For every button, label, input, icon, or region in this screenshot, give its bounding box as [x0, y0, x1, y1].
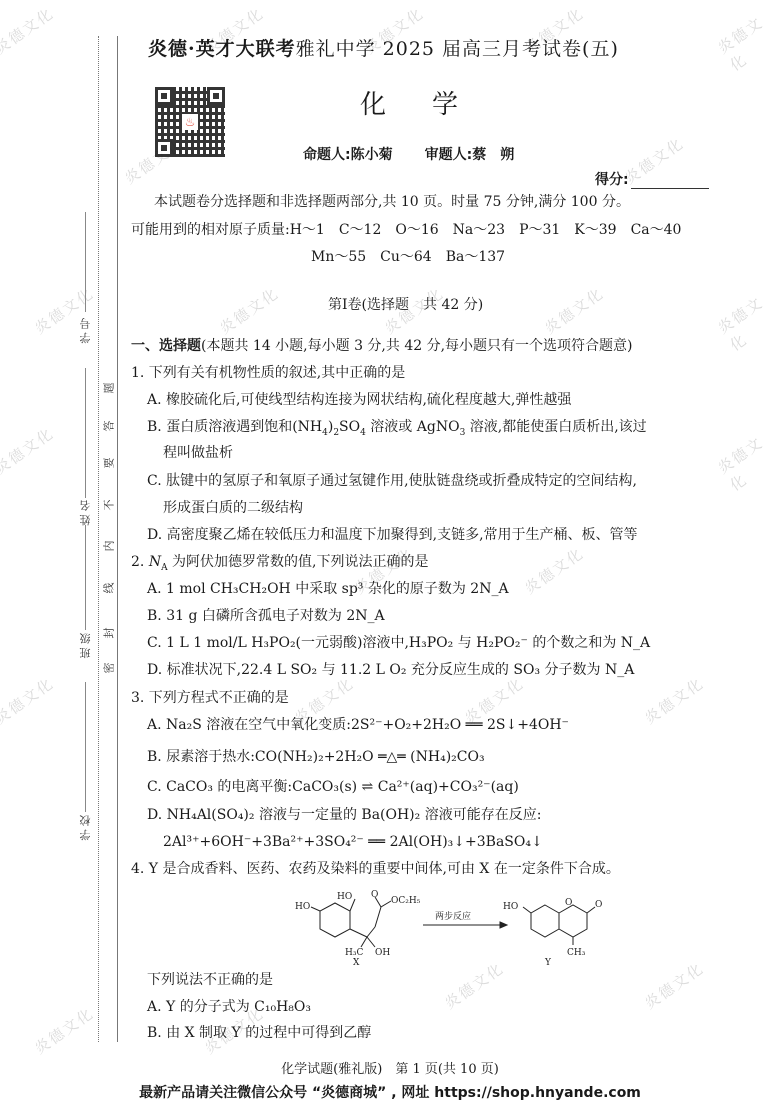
- authors-line: 命题人:陈小菊审题人:蔡 朔: [303, 144, 514, 164]
- q1-b-text: B. 蛋白质溶液遇到饱和(NH: [147, 419, 322, 435]
- q1-option-a: A. 橡胶硫化后,可使线型结构连接为网状结构,硫化程度越大,弹性越强: [147, 391, 571, 409]
- footer-advertisement[interactable]: 最新产品请关注微信公众号 “炎德商城” , 网址 https://shop.hn…: [0, 1082, 780, 1102]
- q1-option-b-cont: 程叫做盐析: [163, 444, 233, 462]
- seal-text-char: 封: [101, 628, 117, 639]
- qr-finder-icon: [155, 139, 173, 157]
- reaction-scheme-diagram: HO HO O OC₂H₅ H₃C OH X 两步反应 HO O O CH₃ Y: [295, 885, 625, 965]
- name-field-line[interactable]: [85, 368, 86, 498]
- watermark: 炎德文化: [30, 1002, 98, 1058]
- score-label: 得分:: [595, 172, 629, 188]
- exam-title: 炎德·英才大联考雅礼中学 2025 届高三月考试卷(五): [148, 34, 708, 61]
- page-footer: 化学试题(雅礼版) 第 1 页(共 10 页): [0, 1058, 780, 1077]
- watermark: 炎德文化: [0, 2, 58, 58]
- svg-text:O: O: [565, 898, 572, 908]
- q1-option-c-cont: 形成蛋白质的二级结构: [163, 499, 303, 517]
- q3-option-c: C. CaCO₃ 的电离平衡:CaCO₃(s) ⇌ Ca²⁺(aq)+CO₃²⁻…: [147, 778, 519, 796]
- svg-text:X: X: [353, 958, 360, 965]
- seal-text-char: 要: [101, 458, 117, 469]
- score-input-line[interactable]: [631, 188, 709, 189]
- binding-solid-line: [117, 36, 118, 1042]
- svg-text:OH: OH: [375, 948, 390, 958]
- class-label: 班 级: [78, 633, 94, 659]
- student-id-label: 学 号: [78, 318, 94, 344]
- seal-text-char: 密: [101, 663, 117, 674]
- part-title-desc: (本题共 14 小题,每小题 3 分,共 42 分,每小题只有一个选项符合题意): [201, 338, 633, 354]
- q3-option-d-equation: 2Al³⁺+6OH⁻+3Ba²⁺+3SO₄²⁻ ══ 2Al(OH)₃↓+3Ba…: [163, 833, 543, 851]
- score-field: 得分:: [595, 169, 709, 189]
- svg-text:H₃C: H₃C: [345, 948, 363, 958]
- watermark: 炎德文化: [520, 542, 588, 598]
- school-label: 学 校: [78, 815, 94, 841]
- seal-text-char: 线: [101, 583, 117, 594]
- watermark: 炎德文化: [540, 282, 608, 338]
- q1-b-text: 溶液,都能使蛋白质析出,该过: [465, 419, 646, 435]
- watermark: 炎德文化: [640, 957, 708, 1013]
- svg-text:O: O: [371, 890, 378, 900]
- part-title: 一、选择题(本题共 14 小题,每小题 3 分,共 42 分,每小题只有一个选项…: [131, 337, 633, 355]
- q2-stem-text: 为阿伏加德罗常数的值,下列说法正确的是: [168, 554, 429, 570]
- watermark: 炎德文化: [0, 422, 58, 478]
- q1-option-d: D. 高密度聚乙烯在较低压力和温度下加聚得到,支链多,常用于生产桶、板、管等: [147, 526, 638, 544]
- seal-text-char: 答: [101, 421, 117, 432]
- x-group: HO: [337, 892, 352, 902]
- watermark: 炎德文化: [713, 427, 780, 496]
- q1-b-text: SO: [339, 419, 360, 435]
- name-label: 姓 名: [78, 500, 94, 526]
- q2-stem: 2. NA 为阿伏加德罗常数的值,下列说法正确的是: [131, 553, 428, 571]
- q3-stem: 3. 下列方程式不正确的是: [131, 689, 289, 707]
- subject-char: 化: [360, 90, 388, 120]
- part-title-label: 一、选择题: [131, 338, 201, 354]
- qr-finder-icon: [155, 87, 173, 105]
- atomic-masses-label: 可能用到的相对原子质量:: [131, 222, 290, 238]
- watermark: 炎德文化: [640, 672, 708, 728]
- watermark: 炎德文化: [713, 7, 780, 76]
- atomic-masses-row2: Mn～55 Cu～64 Ba～137: [311, 248, 505, 266]
- exam-title-text: 雅礼中学 2025 届高三月考试卷(五): [296, 38, 619, 60]
- exam-brand: 炎德·英才大联考: [148, 38, 296, 60]
- school-field-line[interactable]: [85, 682, 86, 812]
- q2-option-b: B. 31 g 白磷所含孤电子对数为 2N_A: [147, 607, 385, 625]
- q1-b-text: 溶液或 AgNO: [366, 419, 460, 435]
- class-field-line[interactable]: [85, 525, 86, 630]
- q3-option-d: D. NH₄Al(SO₄)₂ 溶液与一定量的 Ba(OH)₂ 溶液可能存在反应:: [147, 806, 541, 824]
- x-group: HO: [295, 902, 310, 912]
- svg-text:CH₃: CH₃: [567, 948, 586, 958]
- watermark: 炎德文化: [440, 957, 508, 1013]
- svg-text:O: O: [595, 900, 602, 910]
- svg-text:两步反应: 两步反应: [435, 910, 471, 922]
- svg-text:Y: Y: [544, 958, 552, 965]
- watermark: 炎德文化: [0, 672, 58, 728]
- q3-option-b: B. 尿素溶于热水:CO(NH₂)₂+2H₂O ═△═ (NH₄)₂CO₃: [147, 748, 485, 766]
- q1-stem: 1. 下列有关有机物性质的叙述,其中正确的是: [131, 364, 405, 382]
- svg-text:OC₂H₅: OC₂H₅: [391, 896, 421, 906]
- subject-title: 化学: [360, 84, 460, 121]
- reaction-scheme: HO HO O OC₂H₅ H₃C OH X 两步反应 HO O O CH₃ Y: [295, 885, 625, 965]
- intro-text: 本试题卷分选择题和非选择题两部分,共 10 页。时量 75 分钟,满分 100 …: [154, 193, 630, 211]
- author: 命题人:陈小菊: [303, 147, 393, 163]
- student-id-field-line[interactable]: [85, 212, 86, 312]
- q4-option-a: A. Y 的分子式为 C₁₀H₈O₃: [147, 998, 311, 1016]
- q2-option-c: C. 1 L 1 mol/L H₃PO₂(一元弱酸)溶液中,H₃PO₂ 与 H₂…: [147, 634, 650, 652]
- atomic-masses: 可能用到的相对原子质量:H～1 C～12 O～16 Na～23 P～31 K～3…: [131, 221, 681, 239]
- binding-dotted-line: [98, 36, 99, 1042]
- qr-finder-icon: [207, 87, 225, 105]
- subject-char: 学: [432, 90, 460, 120]
- atomic-masses-row1: H～1 C～12 O～16 Na～23 P～31 K～39 Ca～40: [290, 222, 682, 238]
- svg-text:HO: HO: [503, 902, 518, 912]
- qr-code[interactable]: ♨: [155, 87, 225, 157]
- watermark: 炎德文化: [713, 287, 780, 356]
- watermark: 炎德文化: [215, 282, 283, 338]
- q2-option-d: D. 标准状况下,22.4 L SO₂ 与 11.2 L O₂ 充分反应生成的 …: [147, 661, 634, 679]
- q4-option-b: B. 由 X 制取 Y 的过程中可得到乙醇: [147, 1024, 371, 1042]
- q3-option-a: A. Na₂S 溶液在空气中氧化变质:2S²⁻+O₂+2H₂O ══ 2S↓+4…: [147, 716, 569, 734]
- flame-logo-icon: ♨: [182, 114, 198, 130]
- q2-option-a: A. 1 mol CH₃CH₂OH 中采取 sp³ 杂化的原子数为 2N_A: [147, 580, 509, 598]
- seal-text-char: 题: [101, 383, 117, 394]
- seal-text-char: 内: [101, 541, 117, 552]
- reviewer: 审题人:蔡 朔: [425, 147, 515, 163]
- q4-sub-stem: 下列说法不正确的是: [147, 971, 273, 989]
- seal-text-char: 不: [101, 500, 117, 511]
- volume-title: 第Ⅰ卷(选择题 共 42 分): [328, 296, 483, 314]
- q1-option-b: B. 蛋白质溶液遇到饱和(NH4)2SO4 溶液或 AgNO3 溶液,都能使蛋白…: [147, 418, 647, 436]
- q4-stem: 4. Y 是合成香料、医药、农药及染料的重要中间体,可由 X 在一定条件下合成。: [131, 860, 620, 878]
- q1-option-c: C. 肽键中的氢原子和氧原子通过氢键作用,使肽链盘绕或折叠成特定的空间结构,: [147, 472, 637, 490]
